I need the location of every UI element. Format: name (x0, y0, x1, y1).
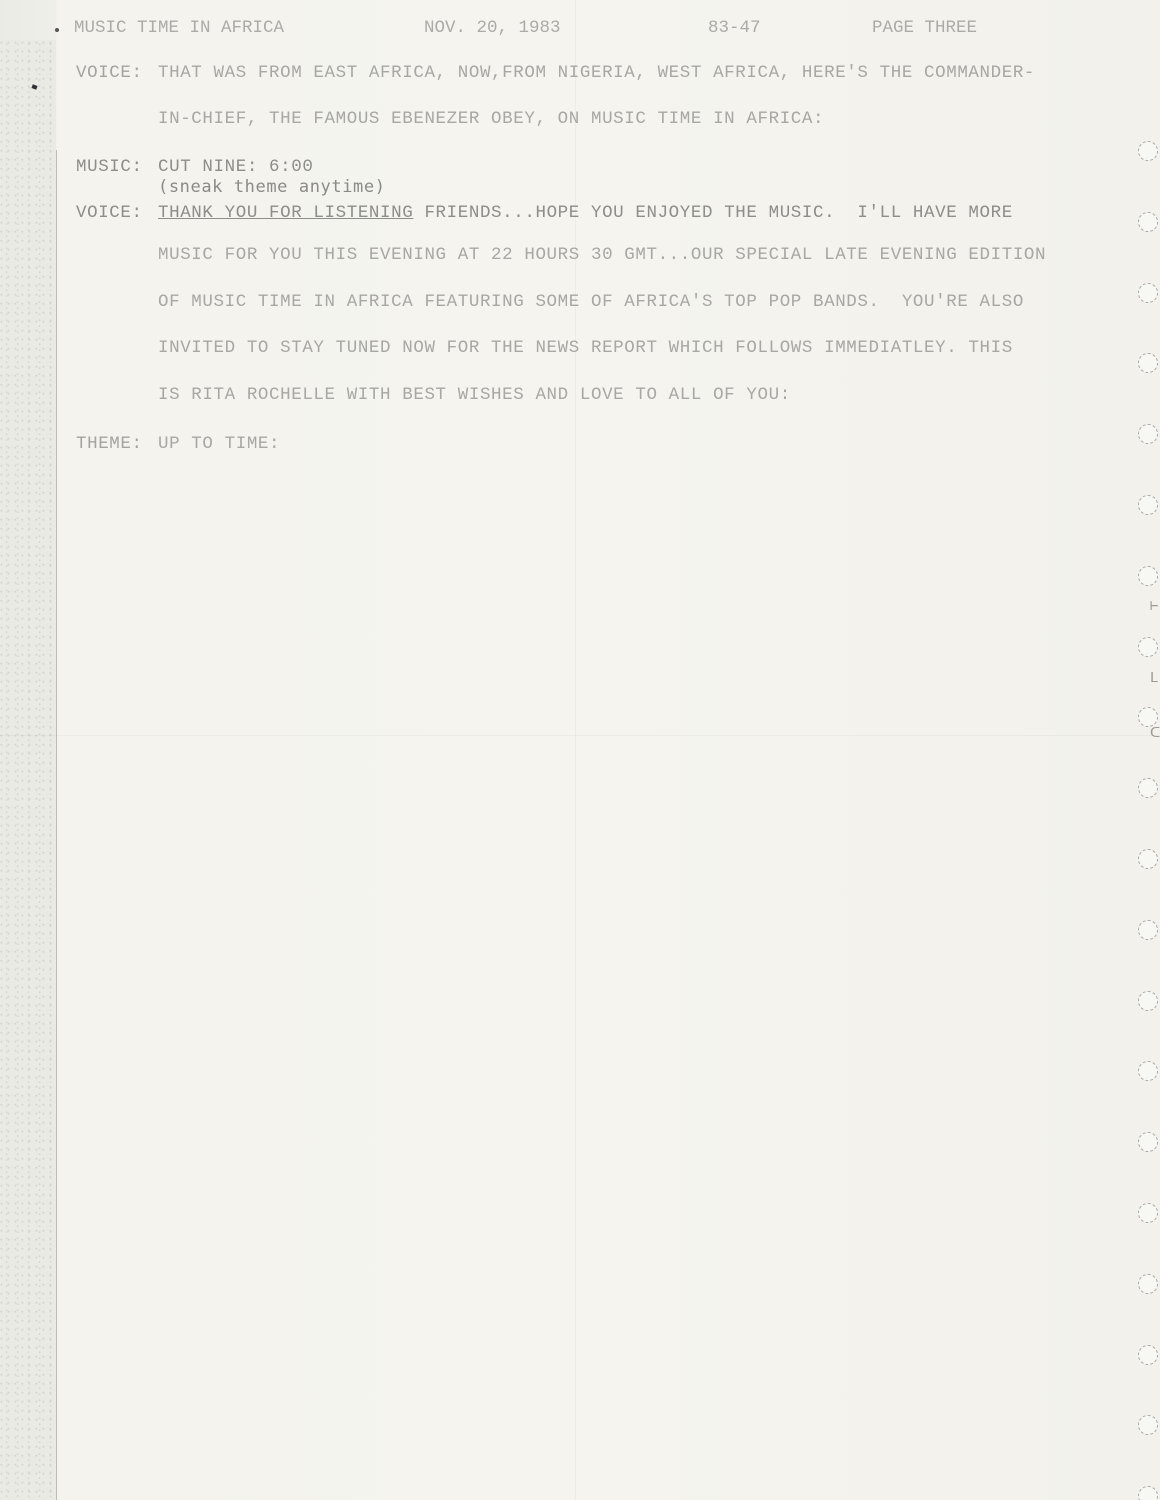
feed-hole (1138, 566, 1158, 586)
feed-hole (1138, 1061, 1158, 1081)
script-line: IS RITA ROCHELLE WITH BEST WISHES AND LO… (158, 385, 791, 405)
script-line: UP TO TIME: (158, 434, 280, 454)
script-line-rest: FRIENDS...HOPE YOU ENJOYED THE MUSIC. I'… (413, 203, 1013, 223)
script-line: MUSIC FOR YOU THIS EVENING AT 22 HOURS 3… (158, 245, 1046, 265)
feed-hole (1138, 637, 1158, 657)
cue-label-music: MUSIC: (76, 157, 143, 177)
horizontal-fold (0, 735, 1160, 736)
feed-hole (1138, 1203, 1158, 1223)
scanner-edge-strip (0, 40, 56, 1500)
feed-hole (1138, 1415, 1158, 1435)
feed-hole (1138, 495, 1158, 515)
script-number: 83-47 (708, 18, 761, 38)
feed-hole (1138, 141, 1158, 161)
page-edge-line (56, 150, 57, 1500)
feed-hole (1138, 778, 1158, 798)
script-line: THANK YOU FOR LISTENING FRIENDS...HOPE Y… (158, 203, 1013, 223)
script-line: IN-CHIEF, THE FAMOUS EBENEZER OBEY, ON M… (158, 109, 824, 129)
music-cut: CUT NINE: 6:00 (158, 157, 313, 177)
cue-label-voice: VOICE: (76, 63, 143, 83)
feed-hole (1138, 849, 1158, 869)
feed-hole (1138, 1132, 1158, 1152)
cue-label-theme: THEME: (76, 434, 143, 454)
vertical-fold (575, 0, 576, 1500)
document-page: MUSIC TIME IN AFRICA NOV. 20, 1983 83-47… (0, 0, 1160, 1500)
program-title: MUSIC TIME IN AFRICA (74, 18, 284, 38)
edge-mark: ᑕ (1150, 725, 1160, 741)
edge-mark: ᒪ (1150, 670, 1158, 686)
page-label: PAGE THREE (872, 18, 977, 38)
feed-hole (1138, 1274, 1158, 1294)
feed-hole (1138, 991, 1158, 1011)
underlined-phrase: THANK YOU FOR LISTENING (158, 203, 413, 223)
feed-hole (1138, 424, 1158, 444)
dot-mark (55, 28, 59, 32)
feed-hole (1138, 1345, 1158, 1365)
broadcast-date: NOV. 20, 1983 (424, 18, 561, 38)
script-line: THAT WAS FROM EAST AFRICA, NOW,FROM NIGE… (158, 63, 1035, 83)
music-note: (sneak theme anytime) (158, 177, 386, 197)
feed-hole (1138, 353, 1158, 373)
script-line: OF MUSIC TIME IN AFRICA FEATURING SOME O… (158, 292, 1024, 312)
feed-hole (1138, 920, 1158, 940)
script-line: INVITED TO STAY TUNED NOW FOR THE NEWS R… (158, 338, 1013, 358)
feed-hole (1138, 212, 1158, 232)
feed-hole (1138, 1486, 1158, 1500)
feed-hole (1138, 283, 1158, 303)
edge-mark: ⊢ (1150, 598, 1158, 614)
cue-label-voice: VOICE: (76, 203, 143, 223)
